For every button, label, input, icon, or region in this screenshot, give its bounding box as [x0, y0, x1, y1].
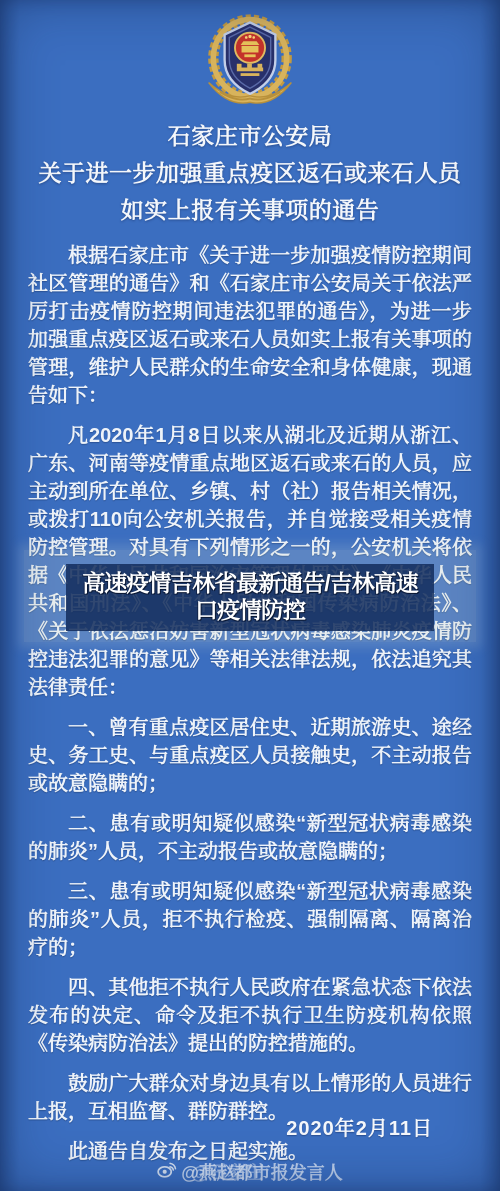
org-name: 石家庄市公安局: [0, 118, 500, 155]
paragraph-intro: 根据石家庄市《关于进一步加强疫情防控期间社区管理的通告》和《石家庄市公安局关于依…: [28, 242, 472, 410]
paragraph-item-1: 一、曾有重点疫区居住史、近期旅游史、途经史、务工史、与重点疫区人员接触史，不主动…: [28, 714, 472, 798]
paragraph-item-2: 二、患有或明知疑似感染“新型冠状病毒感染的肺炎”人员，不主动报告或故意隐瞒的；: [28, 810, 472, 866]
police-badge-icon: [203, 11, 297, 109]
issue-date: 2020年2月11日: [286, 1112, 433, 1141]
notice-title-line2: 如实上报有关事项的通告: [0, 192, 500, 229]
headline-line2: 口疫情防控: [70, 597, 430, 624]
watermark-main-handle: @燕赵都市报发言人: [181, 1163, 343, 1183]
weibo-icon: [157, 1161, 177, 1183]
paragraph-item-3: 三、患有或明知疑似感染“新型冠状病毒感染的肺炎”人员，拒不执行检疫、强制隔离、隔…: [28, 878, 472, 962]
title-block: 石家庄市公安局 关于进一步加强重点疫区返石或来石人员 如实上报有关事项的通告: [0, 118, 500, 229]
headline-line1: 高速疫情吉林省最新通告/吉林高速: [70, 570, 430, 597]
notice-poster: 石家庄市公安局 关于进一步加强重点疫区返石或来石人员 如实上报有关事项的通告 根…: [0, 0, 500, 1191]
notice-body: 根据石家庄市《关于进一步加强疫情防控期间社区管理的通告》和《石家庄市公安局关于依…: [28, 242, 472, 1166]
watermark-handles: @石家庄 @燕赵都市报发言人: [181, 1159, 343, 1185]
watermark-footer: @石家庄 @燕赵都市报发言人: [0, 1156, 500, 1188]
notice-title-line1: 关于进一步加强重点疫区返石或来石人员: [0, 155, 500, 192]
paragraph-item-4: 四、其他拒不执行人民政府在紧急状态下依法发布的决定、命令及拒不执行卫生防疫机构依…: [28, 974, 472, 1058]
headline-overlay: 高速疫情吉林省最新通告/吉林高速 口疫情防控: [66, 564, 434, 631]
